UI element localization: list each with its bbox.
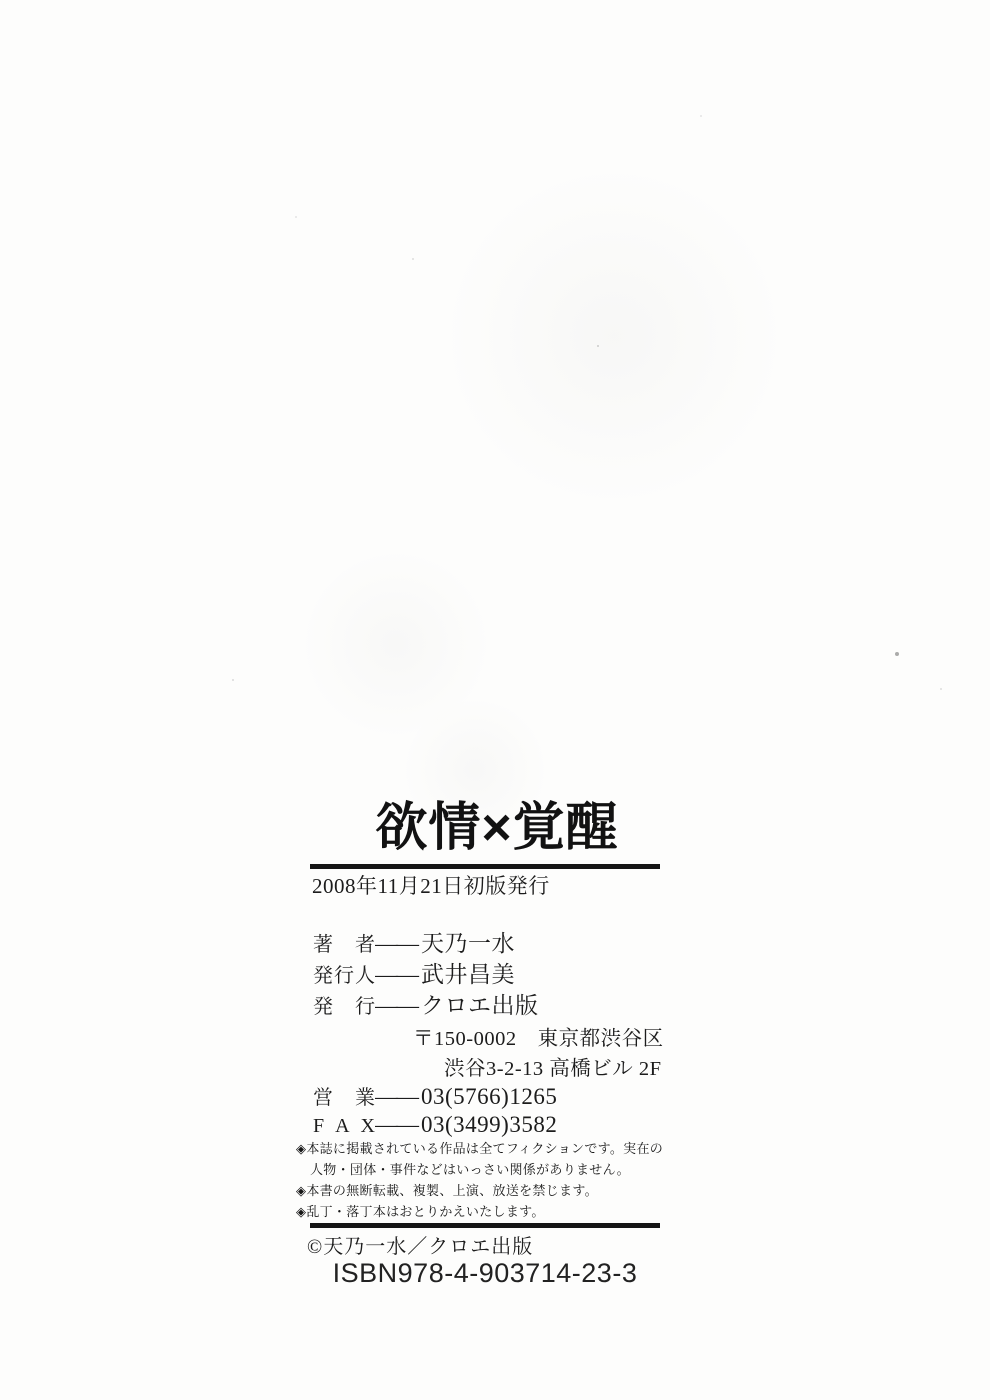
contact-row-sales-phone: 営 業 —— 03(5766)1265 [313, 1081, 557, 1110]
credit-value: クロエ出版 [421, 987, 539, 1020]
legal-notices: ◈本誌に掲載されている作品は全てフィクションです。実在の人物・団体・事件などはい… [296, 1138, 668, 1222]
issue-date: 2008年11月21日初版発行 [312, 870, 550, 900]
scan-noise-speckles [0, 0, 2, 2]
notice-defective-copy-exchange: ◈乱丁・落丁本はおとりかえいたします。 [296, 1201, 668, 1222]
title-divider-rule [310, 864, 660, 869]
isbn-number: ISBN978-4-903714-23-3 [310, 1258, 660, 1289]
publisher-address-line1: 〒150-0002 東京都渋谷区 [413, 1021, 664, 1051]
credit-row-publisher-person: 発行人 —— 武井昌美 [313, 956, 515, 989]
book-title: 欲情×覚醒 [322, 802, 672, 854]
scanned-colophon-page: 欲情×覚醒 2008年11月21日初版発行 著 者 —— 天乃一水 発行人 ——… [0, 0, 990, 1400]
diamond-bullet-icon: ◈ [296, 1183, 306, 1198]
notice-reproduction-prohibited: ◈本書の無断転載、複製、上演、放送を禁じます。 [296, 1180, 668, 1201]
leader-dash: —— [375, 993, 421, 1019]
contact-value: 03(5766)1265 [421, 1084, 557, 1110]
notice-text: 本書の無断転載、複製、上演、放送を禁じます。 [306, 1183, 598, 1198]
notice-text: 乱丁・落丁本はおとりかえいたします。 [306, 1204, 544, 1219]
diamond-bullet-icon: ◈ [296, 1141, 306, 1156]
footer-divider-rule [310, 1223, 660, 1228]
leader-dash: —— [375, 962, 421, 988]
credit-label: 発 行 [313, 990, 375, 1019]
credit-label: 著 者 [313, 928, 375, 957]
contact-label: 営 業 [313, 1081, 375, 1110]
contact-value: 03(3499)3582 [421, 1112, 557, 1138]
credit-row-author: 著 者 —— 天乃一水 [313, 925, 515, 958]
credit-row-publishing-house: 発 行 —— クロエ出版 [313, 987, 539, 1020]
diamond-bullet-icon: ◈ [296, 1204, 306, 1219]
contact-label: F A X [313, 1115, 375, 1138]
credit-value: 武井昌美 [421, 956, 515, 989]
credit-label: 発行人 [313, 959, 375, 988]
leader-dash: —— [375, 1084, 421, 1110]
credit-value: 天乃一水 [421, 925, 515, 958]
leader-dash: —— [375, 931, 421, 957]
notice-fiction-disclaimer: ◈本誌に掲載されている作品は全てフィクションです。実在の人物・団体・事件などはい… [296, 1138, 668, 1180]
notice-text: 本誌に掲載されている作品は全てフィクションです。実在の人物・団体・事件などはいっ… [306, 1141, 663, 1177]
copyright-line: ©天乃一水／クロエ出版 [307, 1230, 533, 1259]
publisher-address-line2: 渋谷3-2-13 高橋ビル 2F [444, 1051, 662, 1081]
leader-dash: —— [375, 1112, 421, 1138]
contact-row-fax: F A X —— 03(3499)3582 [313, 1112, 557, 1138]
